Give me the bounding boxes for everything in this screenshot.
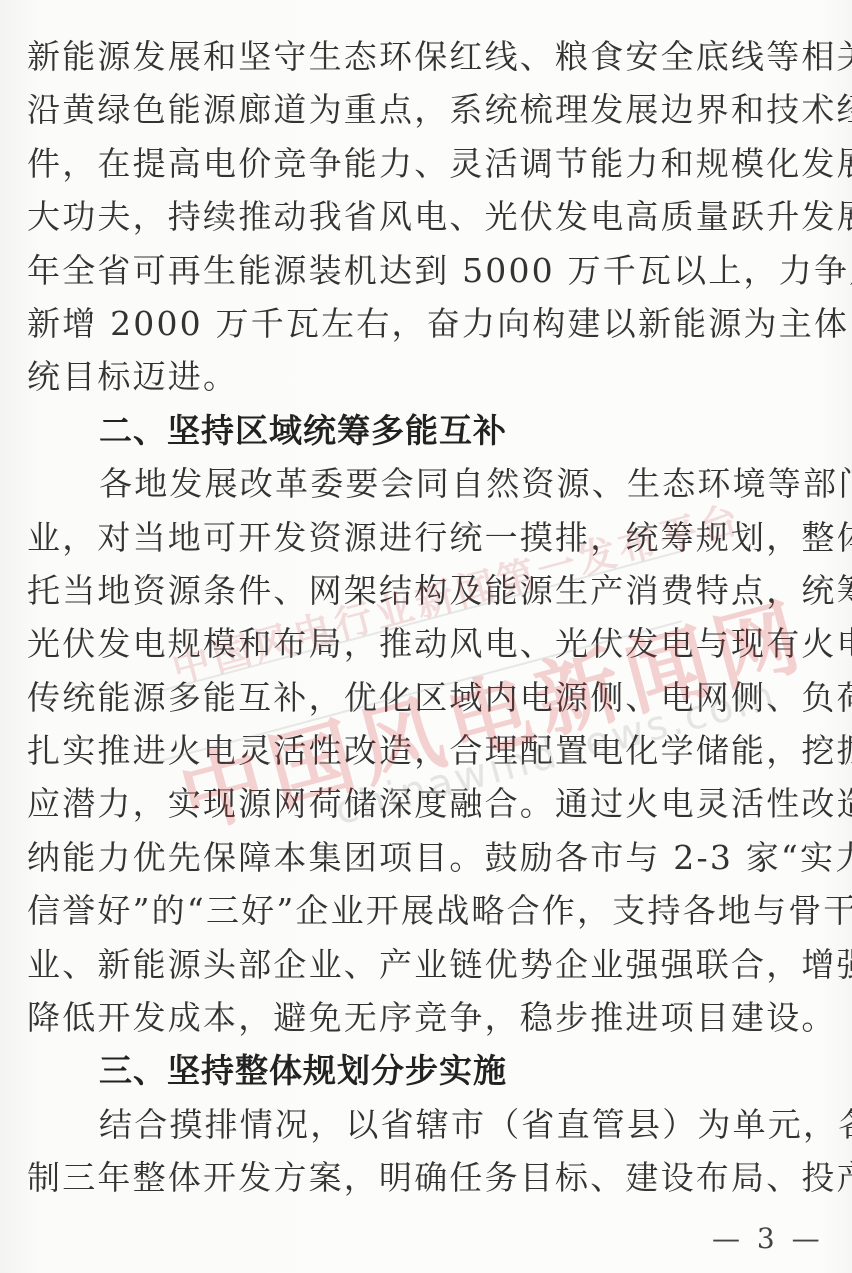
body-line-22: 制三年整体开发方案，明确任务目标、建设布局、投产时序、消	[27, 1151, 825, 1204]
section-heading-3: 三、坚持整体规划分步实施	[27, 1044, 825, 1097]
body-line-2: 沿黄绿色能源廊道为重点，系统梳理发展边界和技术经济资源条	[27, 83, 825, 136]
body-line-9: 各地发展改革委要会同自然资源、生态环境等部门和电网企	[27, 457, 825, 510]
document-page: 新能源发展和坚守生态环保红线、粮食安全底线等相关要求，以 沿黄绿色能源廊道为重点…	[0, 0, 852, 1273]
body-line-13: 传统能源多能互补，优化区域内电源侧、电网侧、负荷侧资源，	[27, 671, 825, 724]
body-line-3: 件，在提高电价竞争能力、灵活调节能力和规模化发展水平上下	[27, 137, 825, 190]
body-line-10: 业，对当地可开发资源进行统一摸排，统筹规划，整体开发。依	[27, 511, 825, 564]
body-line-17: 信誉好”的“三好”企业开展战略合作，支持各地与骨干传统电源企	[27, 884, 825, 937]
body-line-7: 统目标迈进。	[27, 350, 825, 403]
body-line-14: 扎实推进火电灵活性改造，合理配置电化学储能，挖掘需求侧响	[27, 724, 825, 777]
body-line-5: 年全省可再生能源装机达到 5000 万千瓦以上，力争风电光伏发电	[27, 244, 825, 297]
body-line-18: 业、新能源头部企业、产业链优势企业强强联合，增强系统统筹，	[27, 938, 825, 991]
document-body: 新能源发展和坚守生态环保红线、粮食安全底线等相关要求，以 沿黄绿色能源廊道为重点…	[27, 30, 825, 1205]
body-line-16: 纳能力优先保障本集团项目。鼓励各市与 2-3 家“实力好、业绩好、	[27, 831, 825, 884]
body-line-4: 大功夫，持续推动我省风电、光伏发电高质量跃升发展，争取 2025	[27, 190, 825, 243]
body-line-6: 新增 2000 万千瓦左右，奋力向构建以新能源为主体的新型电力系	[27, 297, 825, 350]
body-line-15: 应潜力，实现源网荷储深度融合。通过火电灵活性改造新增的消	[27, 777, 825, 830]
body-line-12: 光伏发电规模和布局，推动风电、光伏发电与现有火电、水电等	[27, 617, 825, 670]
body-line-21: 结合摸排情况，以省辖市（省直管县）为单元，各地组织编	[27, 1098, 825, 1151]
body-line-11: 托当地资源条件、网架结构及能源生产消费特点，统筹谋划风电、	[27, 564, 825, 617]
body-line-19: 降低开发成本，避免无序竞争，稳步推进项目建设。	[27, 991, 825, 1044]
section-heading-2: 二、坚持区域统筹多能互补	[27, 404, 825, 457]
body-line-1: 新能源发展和坚守生态环保红线、粮食安全底线等相关要求，以	[27, 30, 825, 83]
page-number: — 3 —	[712, 1222, 824, 1255]
